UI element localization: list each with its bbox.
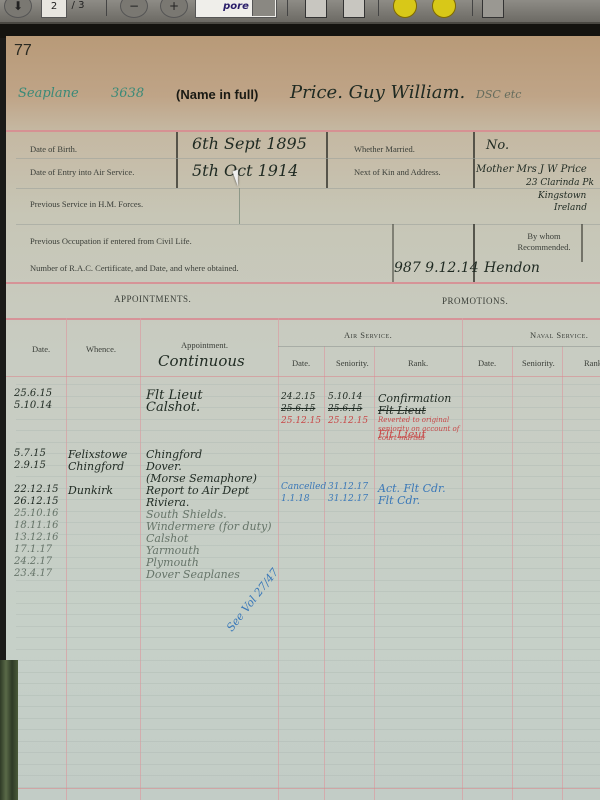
promotion-seniority: 25.6.15 <box>328 404 362 414</box>
ruled-line <box>16 626 600 627</box>
ruled-line <box>16 534 600 535</box>
appointment-value: Calshot. <box>146 400 200 415</box>
divider <box>326 132 328 188</box>
rule <box>16 224 600 225</box>
ruled-line <box>16 614 600 615</box>
ruled-line <box>16 603 600 604</box>
air-col-seniority: Seniority. <box>336 358 369 368</box>
column-line <box>374 346 375 800</box>
column-line <box>324 346 325 800</box>
ruled-line <box>16 775 600 776</box>
comment-icon[interactable] <box>393 0 417 18</box>
appointment-date: 13.12.16 <box>14 532 59 543</box>
name-suffix: DSC etc <box>476 88 521 101</box>
appointment-note: Continuous <box>158 352 245 370</box>
column-line <box>140 318 141 800</box>
expand-icon[interactable] <box>482 0 504 18</box>
toolbar-separator <box>378 0 379 16</box>
service-record-page: 77 Seaplane 3638 (Name in full) Price. G… <box>6 36 600 800</box>
zoom-out-icon[interactable]: − <box>120 0 148 18</box>
promotion-rank: Flt Lieut <box>378 428 426 441</box>
date-of-entry-value: 5th Oct 1914 <box>192 161 298 180</box>
promotion-date: 25.6.15 <box>281 404 315 414</box>
ruled-line <box>16 752 600 753</box>
appointment-date: 24.2.17 <box>14 556 52 567</box>
date-of-birth-label: Date of Birth. <box>30 144 77 154</box>
appointments-heading: APPOINTMENTS. <box>114 294 191 304</box>
promotion-seniority: 31.12.17 <box>328 482 368 492</box>
promotions-heading: PROMOTIONS. <box>442 296 508 306</box>
name-value: Price. Guy William. <box>290 82 465 103</box>
zoom-in-icon[interactable]: + <box>160 0 188 18</box>
ruled-line <box>16 729 600 730</box>
rac-certificate-label: Number of R.A.C. Certificate, and Date, … <box>30 263 239 273</box>
col-whence: Whence. <box>86 344 116 354</box>
naval-col-date: Date. <box>478 358 496 368</box>
appointment-date: 5.7.15 <box>14 448 46 459</box>
toolbar-separator <box>287 0 288 16</box>
appointment-date: 22.12.15 <box>14 484 59 495</box>
page-number-input[interactable]: 2 <box>41 0 67 18</box>
column-line <box>512 346 513 800</box>
promotion-date: 25.12.15 <box>281 416 321 426</box>
naval-col-rank: Rank. <box>584 358 600 368</box>
zoom-dropdown-button[interactable] <box>252 0 275 16</box>
next-of-kin-label: Next of Kin and Address. <box>354 167 441 177</box>
previous-occupation-label: Previous Occupation if entered from Civi… <box>30 236 192 246</box>
ruled-line <box>16 557 600 558</box>
naval-col-seniority: Seniority. <box>522 358 555 368</box>
down-arrow-icon[interactable]: ⬇ <box>4 0 32 18</box>
next-of-kin-value: Mother Mrs J W Price <box>476 164 587 175</box>
ruled-line <box>16 660 600 661</box>
appointment-date: 17.1.17 <box>14 544 52 555</box>
whether-married-label: Whether Married. <box>354 144 415 154</box>
ruled-line <box>16 649 600 650</box>
rule <box>6 788 600 789</box>
promotion-seniority: 31.12.17 <box>328 494 368 504</box>
col-date: Date. <box>32 344 50 354</box>
ruled-line <box>16 511 600 512</box>
rule <box>6 376 600 377</box>
toolbar-separator <box>472 0 473 16</box>
appointment-whence: Dunkirk <box>68 484 113 497</box>
save-icon[interactable] <box>305 0 327 18</box>
appointment-date: 18.11.16 <box>14 520 59 531</box>
divider <box>176 132 178 188</box>
date-of-birth-value: 6th Sept 1895 <box>192 134 307 153</box>
appointment-date: 5.10.14 <box>14 400 52 411</box>
air-col-rank: Rank. <box>408 358 428 368</box>
recommended-by-label: By whom Recommended. <box>514 231 574 253</box>
branch: Seaplane <box>18 86 79 101</box>
ruled-line <box>16 718 600 719</box>
rule <box>6 130 600 132</box>
ruled-line <box>16 568 600 569</box>
promotion-rank: Flt Cdr. <box>378 494 420 507</box>
air-col-date: Date. <box>292 358 310 368</box>
ruled-line <box>16 695 600 696</box>
rule <box>6 282 600 284</box>
next-of-kin-address-1: 23 Clarinda Pk <box>526 178 594 188</box>
rule <box>16 188 600 189</box>
divider <box>473 132 475 188</box>
promotion-seniority: 5.10.14 <box>328 392 362 402</box>
next-of-kin-address-2: Kingstown <box>538 191 586 201</box>
divider <box>581 224 583 262</box>
rac-certificate-place: Hendon <box>484 260 540 276</box>
book-binding <box>0 660 18 800</box>
date-of-entry-label: Date of Entry into Air Service. <box>30 167 134 177</box>
ruled-line <box>16 764 600 765</box>
ruled-line <box>16 430 600 431</box>
name-label: (Name in full) <box>176 87 258 102</box>
ruled-line <box>16 442 600 443</box>
page-number: 77 <box>14 42 32 60</box>
divider <box>239 188 240 224</box>
column-line <box>278 318 279 800</box>
col-appointment: Appointment. <box>181 340 228 350</box>
rule <box>278 346 600 347</box>
promotion-date: 24.2.15 <box>281 392 315 402</box>
attach-icon[interactable] <box>432 0 456 18</box>
page-total-label: / 3 <box>68 0 88 16</box>
whether-married-value: No. <box>486 138 509 153</box>
ruled-line <box>16 591 600 592</box>
rule <box>16 158 600 159</box>
column-line <box>462 318 463 800</box>
toolbar-separator <box>106 0 107 16</box>
naval-service-heading: Naval Service. <box>530 330 588 340</box>
previous-service-label: Previous Service in H.M. Forces. <box>30 199 143 209</box>
promotion-date: 1.1.18 <box>281 494 310 504</box>
appointment-value: Dover Seaplanes <box>146 568 240 581</box>
column-line <box>562 346 563 800</box>
rac-certificate-value: 987 9.12.14 <box>394 260 479 276</box>
air-service-heading: Air Service. <box>344 330 392 340</box>
ruled-line <box>16 545 600 546</box>
ruled-line <box>16 522 600 523</box>
service-number: 3638 <box>111 86 144 101</box>
appointment-date: 25.10.16 <box>14 508 59 519</box>
appointment-whence: Chingford <box>68 460 124 473</box>
ruled-line <box>16 706 600 707</box>
appointment-date: 23.4.17 <box>14 568 52 579</box>
appointment-date: 26.12.15 <box>14 496 59 507</box>
ruled-line <box>16 683 600 684</box>
viewer-toolbar: ⬇ 2 / 3 − + pore <box>0 0 600 24</box>
crop-icon[interactable] <box>343 0 365 18</box>
appointment-date: 2.9.15 <box>14 460 46 471</box>
next-of-kin-address-3: Ireland <box>554 203 587 213</box>
ruled-line <box>16 476 600 477</box>
ruled-line <box>16 384 600 385</box>
ruled-line <box>16 637 600 638</box>
ruled-line <box>16 672 600 673</box>
appointment-date: 25.6.15 <box>14 388 52 399</box>
rule <box>6 318 600 320</box>
ruled-line <box>16 741 600 742</box>
promotion-seniority: 25.12.15 <box>328 416 368 426</box>
column-line <box>66 318 67 800</box>
ruled-line <box>16 580 600 581</box>
promotion-date: Cancelled <box>281 482 326 492</box>
